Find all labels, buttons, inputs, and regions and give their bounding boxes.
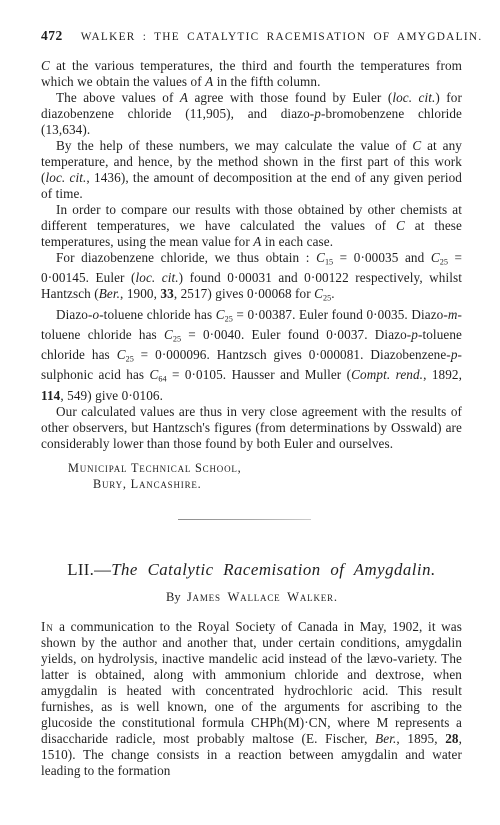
running-title: WALKER : THE CATALYTIC RACEMISATION OF A… <box>81 31 483 43</box>
paragraph: For diazobenzene chloride, we thus obtai… <box>41 250 462 307</box>
paragraph: Our calculated values are thus in very c… <box>41 404 462 452</box>
article-title: LII.—The Catalytic Racemisation of Amygd… <box>41 560 462 580</box>
page-number: 472 <box>41 28 63 44</box>
signature-institution: Municipal Technical School, <box>41 460 462 476</box>
new-article-body: In a communication to the Royal Society … <box>41 619 462 779</box>
paragraph: By the help of these numbers, we may cal… <box>41 138 462 202</box>
signature-location: Bury, Lancashire. <box>41 476 462 492</box>
paragraph: In a communication to the Royal Society … <box>41 619 462 779</box>
closing-article-body: C at the various temperatures, the third… <box>41 58 462 452</box>
signature-block: Municipal Technical School, Bury, Lancas… <box>41 460 462 492</box>
section-divider <box>178 519 311 520</box>
paragraph: Diazo-o-toluene chloride has C25 = 0·003… <box>41 307 462 404</box>
article-byline: By James Wallace Walker. <box>41 590 462 605</box>
paragraph: The above values of A agree with those f… <box>41 90 462 138</box>
page-header: 472 WALKER : THE CATALYTIC RACEMISATION … <box>41 28 462 44</box>
journal-page: 472 WALKER : THE CATALYTIC RACEMISATION … <box>0 0 500 825</box>
paragraph: C at the various temperatures, the third… <box>41 58 462 90</box>
paragraph: In order to compare our results with tho… <box>41 202 462 250</box>
